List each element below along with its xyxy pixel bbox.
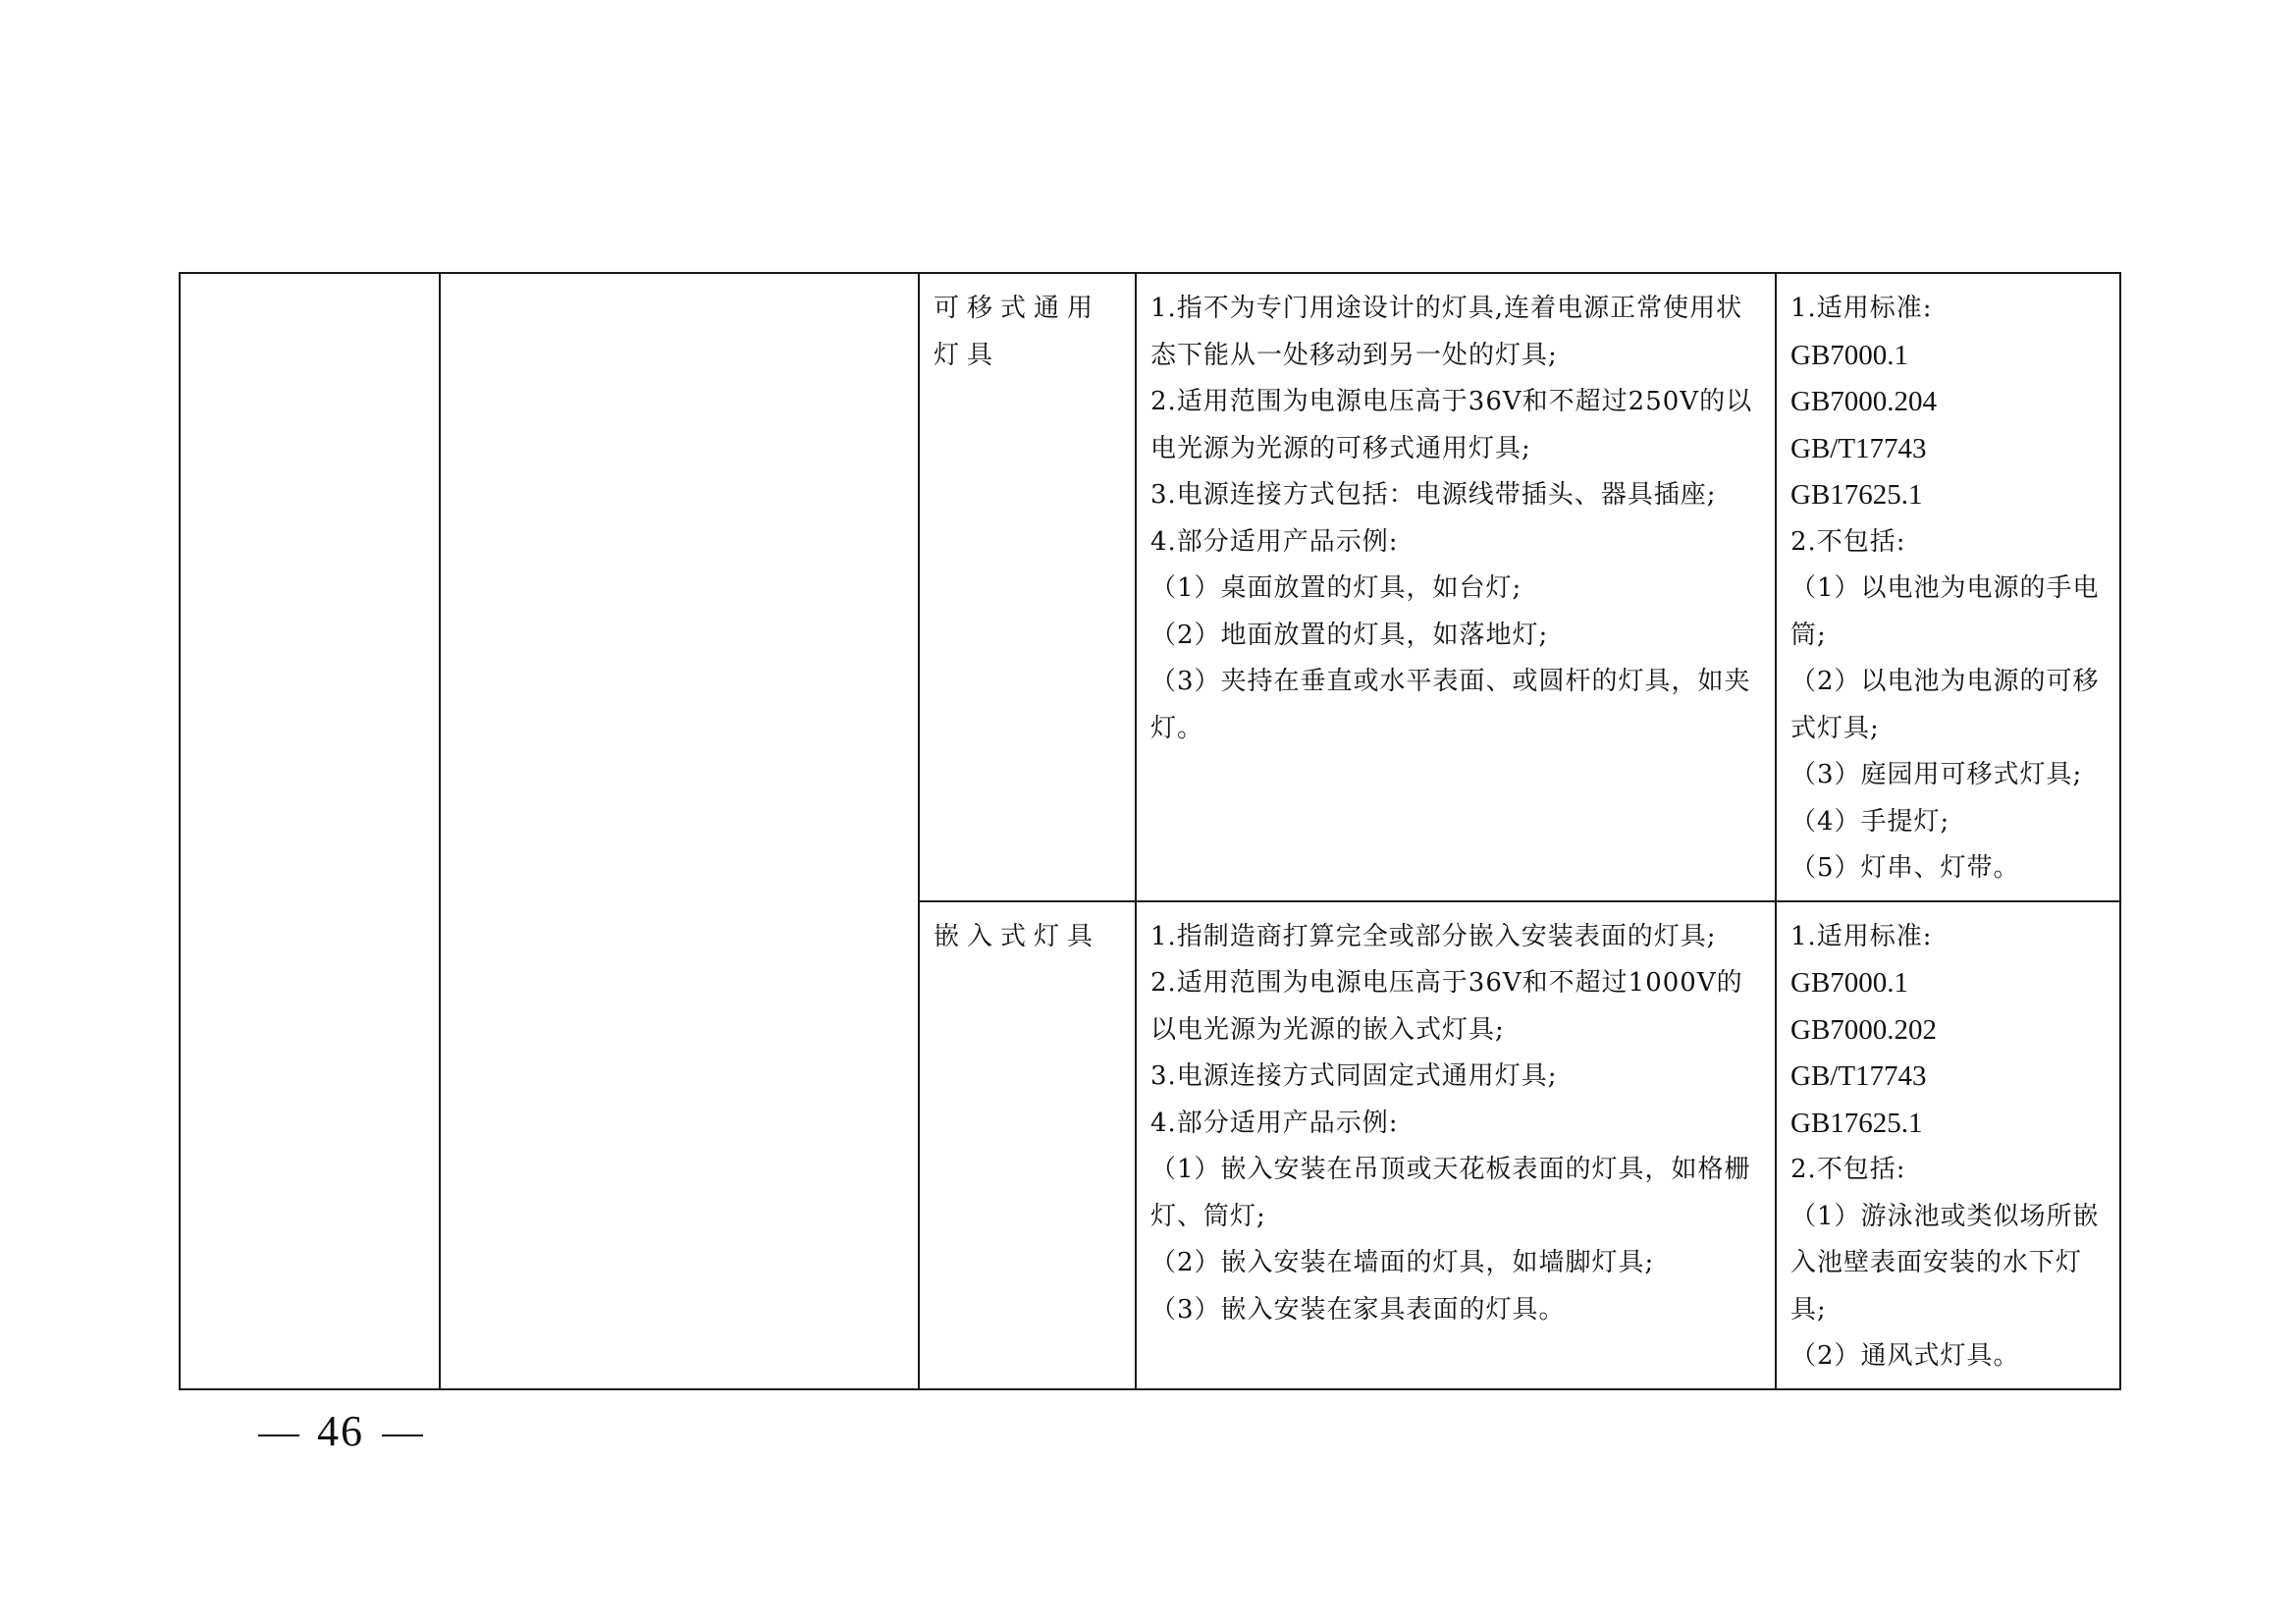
- description-line: （1）嵌入安装在吊顶或天花板表面的灯具，如格栅灯、筒灯;: [1150, 1147, 1763, 1240]
- empty-cell-col2: [440, 273, 919, 1389]
- description-line: （2）嵌入安装在墙面的灯具，如墙脚灯具;: [1150, 1240, 1763, 1287]
- product-scope-table: 可移式通用灯具 1.指不为专门用途设计的灯具,连着电源正常使用状态下能从一处移动…: [179, 272, 2121, 1390]
- dash-left: [258, 1435, 299, 1436]
- empty-cell-col1: [180, 273, 440, 1389]
- category-cell: 可移式通用灯具: [919, 273, 1136, 901]
- description-line: 3.电源连接方式包括：电源线带插头、器具插座;: [1150, 472, 1763, 519]
- description-line: 1.指不为专门用途设计的灯具,连着电源正常使用状态下能从一处移动到另一处的灯具;: [1150, 286, 1763, 379]
- page-number: 46: [240, 1406, 441, 1456]
- standards-cell: 1.适用标准: GB7000.1 GB7000.204 GB/T17743 GB…: [1776, 273, 2120, 901]
- description-line: （3）嵌入安装在家具表面的灯具。: [1150, 1287, 1763, 1334]
- table-row: 可移式通用灯具 1.指不为专门用途设计的灯具,连着电源正常使用状态下能从一处移动…: [180, 273, 2120, 901]
- standards-heading: 1.适用标准:: [1790, 286, 2108, 333]
- exclusion-item: （2）以电池为电源的可移式灯具;: [1790, 659, 2108, 752]
- standard-code: GB7000.1: [1790, 960, 2108, 1007]
- dash-right: [382, 1435, 423, 1436]
- standard-code: GB17625.1: [1790, 1101, 2108, 1148]
- standard-code: GB/T17743: [1790, 1054, 2108, 1101]
- description-line: （2）地面放置的灯具，如落地灯;: [1150, 613, 1763, 660]
- standard-code: GB/T17743: [1790, 426, 2108, 473]
- description-line: （3）夹持在垂直或水平表面、或圆杆的灯具，如夹灯。: [1150, 659, 1763, 752]
- standards-cell: 1.适用标准: GB7000.1 GB7000.202 GB/T17743 GB…: [1776, 901, 2120, 1389]
- exclusion-item: （2）通风式灯具。: [1790, 1333, 2108, 1380]
- exclusions-heading: 2.不包括:: [1790, 1147, 2108, 1194]
- description-line: 2.适用范围为电源电压高于36V和不超过250V的以电光源为光源的可移式通用灯具…: [1150, 379, 1763, 472]
- description-line: 2.适用范围为电源电压高于36V和不超过1000V的以电光源为光源的嵌入式灯具;: [1150, 960, 1763, 1054]
- description-cell: 1.指制造商打算完全或部分嵌入安装表面的灯具; 2.适用范围为电源电压高于36V…: [1136, 901, 1776, 1389]
- standard-code: GB7000.202: [1790, 1007, 2108, 1055]
- exclusion-item: （1）游泳池或类似场所嵌入池壁表面安装的水下灯具;: [1790, 1194, 2108, 1334]
- exclusion-item: （1）以电池为电源的手电筒;: [1790, 566, 2108, 659]
- description-cell: 1.指不为专门用途设计的灯具,连着电源正常使用状态下能从一处移动到另一处的灯具;…: [1136, 273, 1776, 901]
- description-line: 3.电源连接方式同固定式通用灯具;: [1150, 1054, 1763, 1101]
- standard-code: GB7000.1: [1790, 333, 2108, 380]
- standard-code: GB17625.1: [1790, 472, 2108, 519]
- standard-code: GB7000.204: [1790, 379, 2108, 426]
- description-line: 1.指制造商打算完全或部分嵌入安装表面的灯具;: [1150, 914, 1763, 961]
- category-cell: 嵌入式灯具: [919, 901, 1136, 1389]
- standards-heading: 1.适用标准:: [1790, 914, 2108, 961]
- document-page: 可移式通用灯具 1.指不为专门用途设计的灯具,连着电源正常使用状态下能从一处移动…: [0, 0, 2296, 1624]
- exclusion-item: （4）手提灯;: [1790, 799, 2108, 846]
- description-line: 4.部分适用产品示例:: [1150, 519, 1763, 567]
- exclusion-item: （5）灯串、灯带。: [1790, 845, 2108, 893]
- category-name: 可移式通用灯具: [934, 286, 1123, 379]
- exclusions-heading: 2.不包括:: [1790, 519, 2108, 567]
- category-name: 嵌入式灯具: [934, 914, 1123, 961]
- exclusion-item: （3）庭园用可移式灯具;: [1790, 752, 2108, 799]
- description-line: （1）桌面放置的灯具，如台灯;: [1150, 566, 1763, 613]
- description-line: 4.部分适用产品示例:: [1150, 1101, 1763, 1148]
- page-number-text: 46: [317, 1407, 364, 1455]
